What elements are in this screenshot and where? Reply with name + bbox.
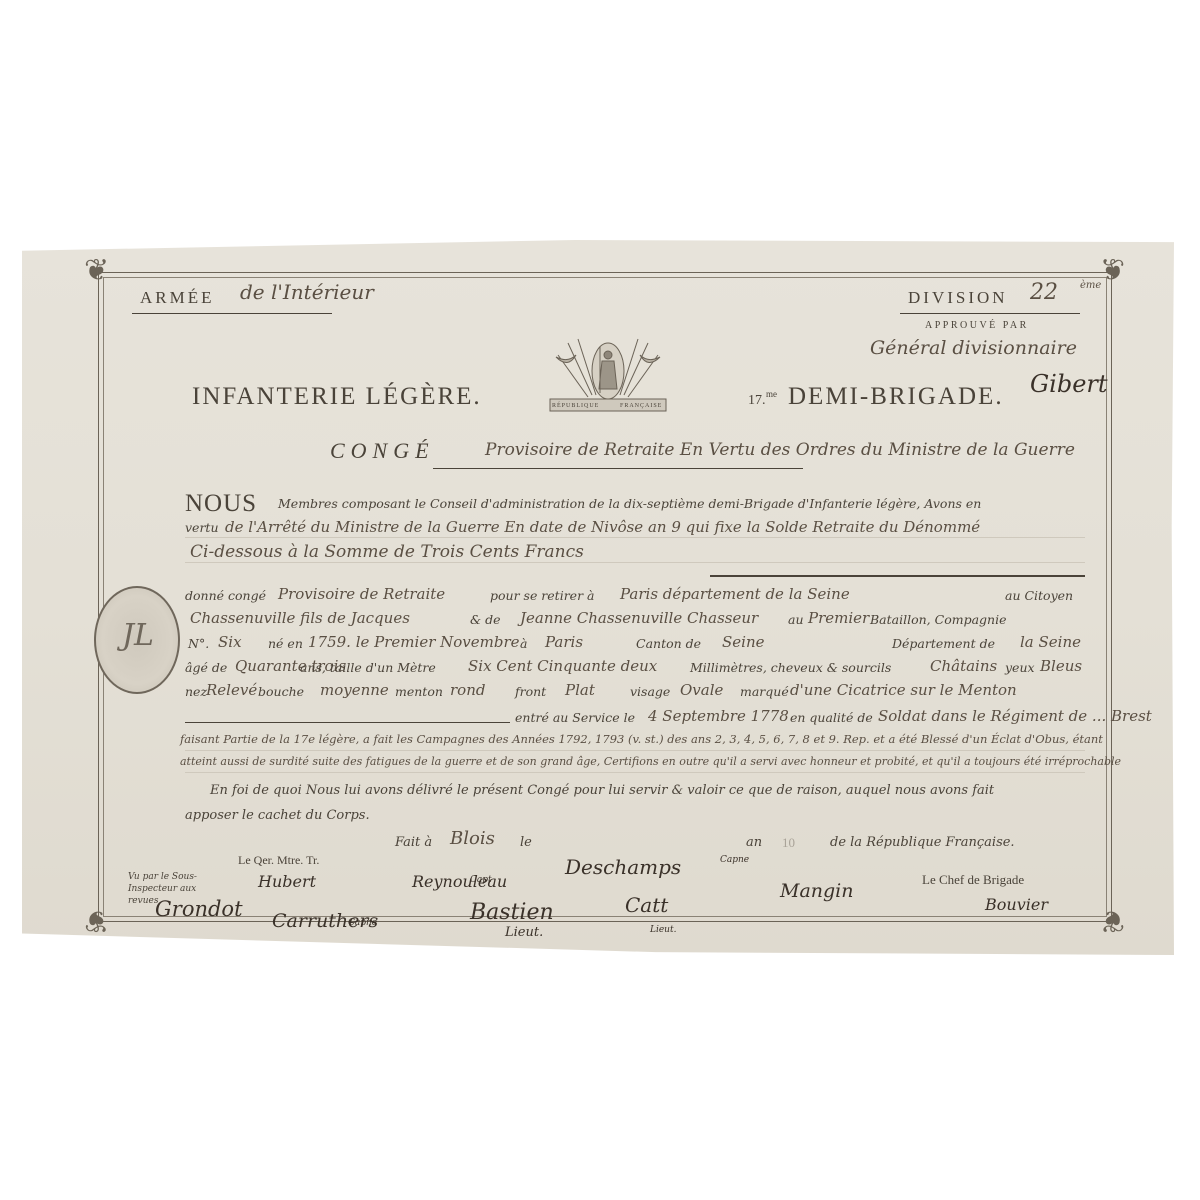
fait-a-label: Fait à [395, 835, 432, 850]
body-line-7-printed-2: ans, taille d'un Mètre [300, 660, 436, 675]
division-value: 22 [1030, 280, 1058, 305]
ruled-line [185, 772, 1085, 773]
signature: Lieut. [505, 925, 543, 940]
body-line-8-hand-3: rond [450, 681, 485, 699]
body-line-4-printed-2: pour se retirer à [490, 588, 594, 603]
title-divider [433, 468, 803, 469]
body-line-4-hand-2: Paris département de la Seine [620, 585, 850, 603]
corner-ornament-bottom-left: ❦ [84, 905, 109, 935]
body-line-8-printed-3: menton [395, 684, 443, 699]
conge-title: CONGÉ [330, 438, 435, 464]
signature-title: Capne [348, 918, 377, 928]
approuve-label: APPROUVÉ PAR [925, 320, 1029, 331]
signature-title: Capne [720, 855, 749, 865]
body-line-8-hand-4: Plat [565, 681, 595, 699]
body-line-6-printed: N°. [188, 636, 209, 651]
body-rule-2 [185, 722, 510, 723]
body-line-13: apposer le cachet du Corps. [185, 808, 370, 823]
body-line-6-printed-5: Département de [892, 636, 995, 651]
body-line-5-hand-3: Premier [808, 609, 869, 627]
body-line-2-printed: vertu [185, 520, 219, 535]
regimental-seal: JL [94, 586, 180, 694]
body-line-3-hand: Ci-dessous à la Somme de Trois Cents Fra… [190, 542, 584, 562]
ruled-line [185, 537, 1085, 538]
body-line-9-hand: 4 Septembre 1778 [648, 707, 789, 725]
signature: Reynouleau [412, 872, 507, 891]
body-line-10-hand: faisant Partie de la 17e légère, a fait … [180, 732, 1103, 746]
body-line-8-printed-2: bouche [258, 684, 304, 699]
armee-label: ARMÉE [140, 288, 215, 308]
body-rule-1 [710, 575, 1085, 577]
body-line-7-hand-2: Six Cent Cinquante deux [468, 657, 657, 675]
body-line-6-hand-4: Seine [722, 633, 765, 651]
body-line-6-printed-2: né en [268, 636, 303, 651]
body-line-8-hand-2: moyenne [320, 681, 389, 699]
body-line-8-hand-6: d'une Cicatrice sur le Menton [790, 681, 1017, 699]
signature: Mangin [780, 880, 854, 902]
signature-title: Capt [470, 875, 492, 885]
date-le-label: le [520, 835, 532, 850]
signature: Hubert [258, 872, 316, 891]
approuve-value: Général divisionnaire [870, 337, 1077, 359]
conge-detail: Provisoire de Retraite En Vertu des Ordr… [485, 440, 1075, 460]
quartermaster-label: Le Qer. Mtre. Tr. [238, 853, 319, 868]
body-line-9-printed-2: en qualité de [790, 710, 873, 725]
body-line-5-printed-2: & de [470, 612, 501, 627]
body-line-6-hand-3: Paris [545, 633, 583, 651]
body-line-5-printed-4: Bataillon, Compagnie [870, 612, 1006, 627]
infanterie-legere: INFANTERIE LÉGÈRE. [192, 383, 482, 411]
armee-underline [132, 313, 332, 314]
republic-emblem-icon [548, 335, 668, 413]
body-line-6-printed-3: à [520, 636, 527, 651]
ruled-line [185, 562, 1085, 563]
body-line-12: En foi de quoi Nous lui avons délivré le… [210, 783, 994, 798]
seal-monogram: JL [122, 618, 154, 653]
body-line-8-printed-5: visage [630, 684, 670, 699]
body-line-8-printed: nez [185, 684, 207, 699]
body-line-4-hand: Provisoire de Retraite [278, 585, 445, 603]
fait-a-value: Blois [450, 828, 495, 849]
an-label: an [746, 835, 762, 850]
body-line-9-hand-2: Soldat dans le Régiment de ... Brest [878, 707, 1152, 725]
body-line-8-printed-4: front [515, 684, 546, 699]
body-line-7-hand-3: Châtains [930, 657, 997, 675]
body-line-7-printed-3: Millimètres, cheveux & sourcils [690, 660, 891, 675]
body-line-6-hand-5: la Seine [1020, 633, 1081, 651]
armee-value: de l'Intérieur [240, 280, 374, 304]
corner-ornament-bottom-right: ❦ [1100, 905, 1125, 935]
division-suffix: ème [1080, 280, 1101, 291]
body-line-1: Membres composant le Conseil d'administr… [278, 496, 981, 511]
signature: Deschamps [565, 855, 681, 879]
division-underline [900, 313, 1080, 314]
chef-de-brigade-label: Le Chef de Brigade [922, 872, 1024, 888]
body-line-4-printed: donné congé [185, 588, 266, 603]
body-line-6-hand-2: 1759. le Premier Novembre [308, 633, 520, 651]
signature: Catt [625, 893, 668, 917]
corner-ornament-top-right: ❦ [1100, 256, 1125, 286]
body-line-6-printed-4: Canton de [636, 636, 701, 651]
body-line-5-hand-2: Jeanne Chassenuville Chasseur [520, 609, 758, 627]
body-line-5-hand: Chassenuville fils de Jacques [190, 609, 410, 627]
signature: Bouvier [985, 895, 1048, 914]
signature: Bastien [470, 900, 554, 925]
body-line-8-hand-5: Ovale [680, 681, 723, 699]
brigade-number-sup: me [766, 389, 777, 399]
body-line-7-printed: âgé de [185, 660, 227, 675]
approuve-signature: Gibert [1030, 370, 1108, 398]
emblem-label-right: FRANÇAISE [620, 403, 662, 409]
corner-ornament-top-left: ❦ [84, 256, 109, 286]
body-line-6-hand: Six [218, 633, 242, 651]
body-line-9-printed: entré au Service le [515, 710, 635, 725]
emblem-label-left: RÉPUBLIQUE [552, 403, 599, 409]
brigade-number: 17. [748, 393, 766, 409]
body-line-7-printed-4: yeux [1005, 660, 1035, 675]
body-line-7-hand-4: Bleus [1040, 657, 1082, 675]
body-line-4-printed-3: au Citoyen [1005, 588, 1073, 603]
demi-brigade: DEMI-BRIGADE. [788, 383, 1004, 411]
division-label: DIVISION [908, 288, 1008, 308]
an-value: 10 [782, 835, 795, 851]
signature: Grondot [155, 897, 243, 921]
body-line-2-hand: de l'Arrêté du Ministre de la Guerre En … [225, 518, 980, 536]
body-line-8-printed-6: marqué [740, 684, 789, 699]
ruled-line [185, 750, 1085, 751]
nous-heading: NOUS [185, 490, 257, 518]
signature-title: Lieut. [650, 925, 676, 935]
republique-francaise: de la République Française. [830, 835, 1015, 850]
body-line-8-hand: Relevé [206, 681, 257, 699]
body-line-11-hand: atteint aussi de surdité suite des fatig… [180, 755, 1121, 768]
body-line-5-printed-3: au [788, 612, 804, 627]
